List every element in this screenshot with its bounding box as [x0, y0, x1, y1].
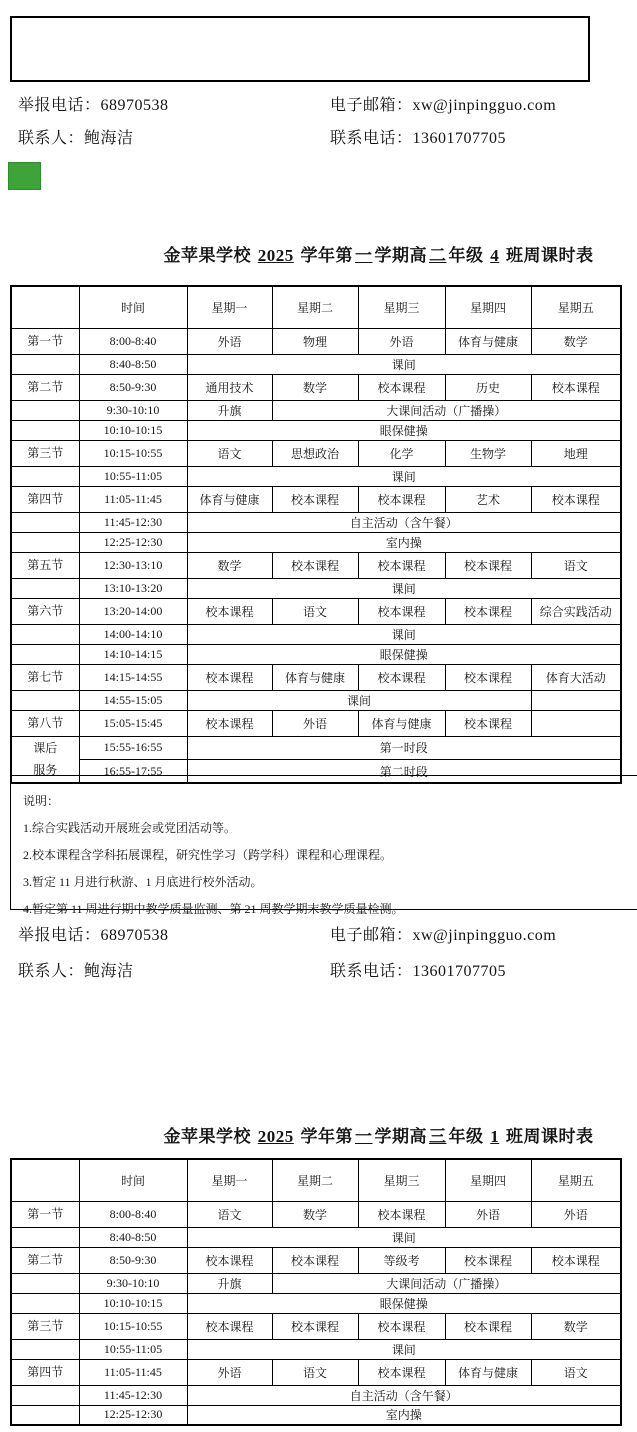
period-cell: 第二节 — [11, 1247, 79, 1273]
report-phone-text: 举报电话：68970538 — [18, 92, 169, 115]
subject-cell: 生物学 — [445, 440, 531, 466]
contact-person-text: 联系人：鲍海洁 — [18, 125, 134, 148]
period-cell: 第五节 — [11, 552, 79, 578]
subject-cell: 地理 — [531, 440, 621, 466]
subject-cell — [531, 690, 621, 710]
subject-cell: 校本课程 — [445, 598, 531, 624]
subject-cell: 校本课程 — [187, 664, 272, 690]
subject-cell: 校本课程 — [187, 1247, 272, 1273]
subject-cell: 校本课程 — [445, 1313, 531, 1339]
subject-cell: 眼保健操 — [187, 1293, 621, 1313]
subject-cell: 语文 — [187, 1201, 272, 1227]
subject-cell: 校本课程 — [187, 598, 272, 624]
subject-cell: 大课间活动（广播操） — [272, 1273, 621, 1293]
subject-cell: 校本课程 — [358, 486, 445, 512]
subject-cell: 体育与健康 — [445, 1359, 531, 1385]
title-year-underlined: 2025 — [256, 1127, 296, 1146]
schedule2-title: 金苹果学校 2025 学年第一学期高三年级 1 班周课时表 — [0, 1122, 637, 1147]
subject-cell: 外语 — [358, 328, 445, 354]
email-text: 电子邮箱：xw@jinpingguo.com — [330, 922, 556, 945]
title-text: 班周课时表 — [501, 246, 593, 265]
subject-cell: 语文 — [531, 552, 621, 578]
time-cell: 14:00-14:10 — [79, 624, 187, 644]
notes-box: 说明： 1.综合实践活动开展班会或党团活动等。 2.校本课程含学科拓展课程，研究… — [10, 775, 637, 910]
period-cell: 第一节 — [11, 328, 79, 354]
column-header: 星期三 — [358, 1159, 445, 1201]
schedule1-table: 时间星期一星期二星期三星期四星期五第一节8:00-8:40外语物理外语体育与健康… — [10, 285, 622, 784]
contact-phone-text: 联系电话：13601707705 — [330, 125, 506, 148]
column-header: 星期五 — [531, 1159, 621, 1201]
title-text: 班周课时表 — [501, 1127, 593, 1146]
column-header: 星期四 — [445, 1159, 531, 1201]
subject-cell: 体育与健康 — [358, 710, 445, 736]
column-header: 星期一 — [187, 1159, 272, 1201]
subject-cell: 语文 — [531, 1359, 621, 1385]
subject-cell: 自主活动（含午餐） — [187, 1385, 621, 1405]
schedule2-table: 时间星期一星期二星期三星期四星期五第一节8:00-8:40语文数学校本课程外语外… — [10, 1158, 622, 1426]
subject-cell: 通用技术 — [187, 374, 272, 400]
subject-cell: 校本课程 — [272, 486, 358, 512]
title-text: 学年第 — [296, 246, 353, 265]
subject-cell: 校本课程 — [187, 1313, 272, 1339]
subject-cell: 数学 — [272, 374, 358, 400]
period-cell — [11, 532, 79, 552]
period-cell — [11, 1385, 79, 1405]
subject-cell: 校本课程 — [358, 598, 445, 624]
period-cell: 第六节 — [11, 598, 79, 624]
subject-cell: 校本课程 — [358, 1201, 445, 1227]
time-cell: 8:50-9:30 — [79, 374, 187, 400]
subject-cell: 自主活动（含午餐） — [187, 512, 621, 532]
time-cell: 11:05-11:45 — [79, 486, 187, 512]
period-cell — [11, 690, 79, 710]
time-cell: 12:25-12:30 — [79, 1405, 187, 1425]
time-cell: 10:55-11:05 — [79, 466, 187, 486]
subject-cell: 眼保健操 — [187, 420, 621, 440]
title-year-underlined: 2025 — [256, 246, 296, 265]
period-cell — [11, 1293, 79, 1313]
period-cell: 第三节 — [11, 440, 79, 466]
subject-cell: 校本课程 — [531, 1247, 621, 1273]
subject-cell: 校本课程 — [445, 552, 531, 578]
email-text: 电子邮箱：xw@jinpingguo.com — [330, 92, 556, 115]
subject-cell: 校本课程 — [358, 374, 445, 400]
subject-cell: 眼保健操 — [187, 644, 621, 664]
time-cell: 12:25-12:30 — [79, 532, 187, 552]
subject-cell: 室内操 — [187, 532, 621, 552]
subject-cell: 语文 — [187, 440, 272, 466]
schedule1-title: 金苹果学校 2025 学年第一学期高二年级 4 班周课时表 — [0, 241, 637, 266]
subject-cell: 校本课程 — [272, 552, 358, 578]
time-cell: 8:00-8:40 — [79, 328, 187, 354]
column-header: 星期三 — [358, 286, 445, 328]
subject-cell: 校本课程 — [445, 1247, 531, 1273]
subject-cell: 数学 — [531, 1313, 621, 1339]
time-cell: 10:15-10:55 — [79, 1313, 187, 1339]
time-cell: 14:55-15:05 — [79, 690, 187, 710]
subject-cell: 课间 — [187, 578, 621, 598]
period-cell — [11, 1339, 79, 1359]
subject-cell: 课间 — [187, 1227, 621, 1247]
column-header: 星期四 — [445, 286, 531, 328]
title-grade-underlined: 二 — [427, 246, 449, 265]
period-cell — [11, 1227, 79, 1247]
subject-cell: 校本课程 — [187, 710, 272, 736]
time-cell: 8:40-8:50 — [79, 1227, 187, 1247]
time-cell: 8:00-8:40 — [79, 1201, 187, 1227]
note-item: 1.综合实践活动开展班会或党团活动等。 — [23, 815, 629, 842]
title-text: 学期高 — [375, 246, 428, 265]
period-cell: 第二节 — [11, 374, 79, 400]
title-text: 金苹果学校 — [164, 246, 256, 265]
subject-cell: 外语 — [187, 1359, 272, 1385]
subject-cell: 体育与健康 — [187, 486, 272, 512]
subject-cell: 外语 — [531, 1201, 621, 1227]
title-text: 学期高 — [375, 1127, 428, 1146]
subject-cell: 升旗 — [187, 1273, 272, 1293]
subject-cell: 外语 — [187, 328, 272, 354]
subject-cell: 数学 — [187, 552, 272, 578]
time-cell: 12:30-13:10 — [79, 552, 187, 578]
subject-cell: 数学 — [272, 1201, 358, 1227]
period-cell — [11, 354, 79, 374]
title-term-underlined: 一 — [353, 246, 375, 265]
time-cell: 10:15-10:55 — [79, 440, 187, 466]
subject-cell: 第一时段 — [187, 736, 621, 760]
time-cell: 15:55-16:55 — [79, 736, 187, 760]
title-term-underlined: 一 — [353, 1127, 375, 1146]
time-cell: 13:10-13:20 — [79, 578, 187, 598]
column-header: 星期一 — [187, 286, 272, 328]
note-item: 2.校本课程含学科拓展课程，研究性学习（跨学科）课程和心理课程。 — [23, 842, 629, 869]
subject-cell: 数学 — [531, 328, 621, 354]
subject-cell: 室内操 — [187, 1405, 621, 1425]
contact-block-top-row1: 举报电话：68970538 电子邮箱：xw@jinpingguo.com — [0, 92, 637, 114]
time-cell: 11:05-11:45 — [79, 1359, 187, 1385]
time-cell: 8:40-8:50 — [79, 354, 187, 374]
time-cell: 15:05-15:45 — [79, 710, 187, 736]
period-cell — [11, 420, 79, 440]
contact-phone-text: 联系电话：13601707705 — [330, 958, 506, 981]
title-text: 年级 — [449, 1127, 489, 1146]
time-cell: 14:15-14:55 — [79, 664, 187, 690]
column-header: 时间 — [79, 1159, 187, 1201]
note-item: 4.暂定第 11 周进行期中教学质量监测、第 21 周教学期末教学质量检测。 — [23, 896, 629, 923]
note-item: 3.暂定 11 月进行秋游、1 月底进行校外活动。 — [23, 869, 629, 896]
subject-cell: 校本课程 — [358, 664, 445, 690]
period-cell — [11, 624, 79, 644]
period-cell — [11, 512, 79, 532]
subject-cell: 等级考 — [358, 1247, 445, 1273]
contact-block-mid-row2: 联系人：鲍海洁 联系电话：13601707705 — [0, 958, 637, 980]
time-cell: 11:45-12:30 — [79, 1385, 187, 1405]
period-cell: 第一节 — [11, 1201, 79, 1227]
subject-cell: 化学 — [358, 440, 445, 466]
subject-cell: 校本课程 — [358, 1359, 445, 1385]
time-cell: 10:55-11:05 — [79, 1339, 187, 1359]
top-empty-box — [10, 16, 590, 82]
subject-cell: 艺术 — [445, 486, 531, 512]
subject-cell: 升旗 — [187, 400, 272, 420]
period-cell — [11, 400, 79, 420]
time-cell: 9:30-10:10 — [79, 400, 187, 420]
period-cell — [11, 466, 79, 486]
time-cell: 11:45-12:30 — [79, 512, 187, 532]
subject-cell: 校本课程 — [272, 1247, 358, 1273]
subject-cell: 校本课程 — [531, 486, 621, 512]
subject-cell: 语文 — [272, 598, 358, 624]
title-class-underlined: 1 — [488, 1127, 501, 1146]
contact-block-mid-row1: 举报电话：68970538 电子邮箱：xw@jinpingguo.com — [0, 922, 637, 944]
time-cell: 9:30-10:10 — [79, 1273, 187, 1293]
subject-cell: 外语 — [445, 1201, 531, 1227]
time-cell: 10:10-10:15 — [79, 1293, 187, 1313]
subject-cell: 校本课程 — [272, 1313, 358, 1339]
time-cell: 14:10-14:15 — [79, 644, 187, 664]
subject-cell: 历史 — [445, 374, 531, 400]
subject-cell: 体育大活动 — [531, 664, 621, 690]
schedule2-table-area: 时间星期一星期二星期三星期四星期五第一节8:00-8:40语文数学校本课程外语外… — [10, 1158, 622, 1426]
period-cell: 第七节 — [11, 664, 79, 690]
subject-cell — [531, 710, 621, 736]
subject-cell: 综合实践活动 — [531, 598, 621, 624]
contact-person-text: 联系人：鲍海洁 — [18, 958, 134, 981]
column-header: 星期五 — [531, 286, 621, 328]
subject-cell: 校本课程 — [358, 1313, 445, 1339]
subject-cell: 思想政治 — [272, 440, 358, 466]
title-text: 学年第 — [296, 1127, 353, 1146]
subject-cell: 大课间活动（广播操） — [272, 400, 621, 420]
title-text: 年级 — [449, 246, 489, 265]
column-header: 星期二 — [272, 286, 358, 328]
subject-cell: 课间 — [187, 624, 621, 644]
corner-cell — [11, 1159, 79, 1201]
green-box — [8, 162, 41, 190]
contact-block-top-row2: 联系人：鲍海洁 联系电话：13601707705 — [0, 125, 637, 147]
time-cell: 10:10-10:15 — [79, 420, 187, 440]
period-cell — [11, 1273, 79, 1293]
title-class-underlined: 4 — [488, 246, 501, 265]
title-text: 金苹果学校 — [164, 1127, 256, 1146]
period-cell: 第三节 — [11, 1313, 79, 1339]
time-cell: 13:20-14:00 — [79, 598, 187, 624]
schedule1-table-area: 时间星期一星期二星期三星期四星期五第一节8:00-8:40外语物理外语体育与健康… — [10, 285, 622, 784]
subject-cell: 校本课程 — [445, 710, 531, 736]
subject-cell: 语文 — [272, 1359, 358, 1385]
subject-cell: 校本课程 — [531, 374, 621, 400]
period-cell: 第四节 — [11, 1359, 79, 1385]
subject-cell: 外语 — [272, 710, 358, 736]
period-cell — [11, 644, 79, 664]
period-cell: 第八节 — [11, 710, 79, 736]
report-phone-text: 举报电话：68970538 — [18, 922, 169, 945]
notes-heading: 说明： — [23, 788, 629, 815]
subject-cell: 课间 — [187, 690, 531, 710]
subject-cell: 校本课程 — [358, 552, 445, 578]
subject-cell: 校本课程 — [445, 664, 531, 690]
time-cell: 8:50-9:30 — [79, 1247, 187, 1273]
subject-cell: 物理 — [272, 328, 358, 354]
period-cell: 第四节 — [11, 486, 79, 512]
subject-cell: 体育与健康 — [272, 664, 358, 690]
column-header: 时间 — [79, 286, 187, 328]
period-cell — [11, 1405, 79, 1425]
corner-cell — [11, 286, 79, 328]
title-grade-underlined: 三 — [427, 1127, 449, 1146]
subject-cell: 课间 — [187, 466, 621, 486]
column-header: 星期二 — [272, 1159, 358, 1201]
subject-cell: 课间 — [187, 1339, 621, 1359]
period-cell — [11, 578, 79, 598]
subject-cell: 课间 — [187, 354, 621, 374]
subject-cell: 体育与健康 — [445, 328, 531, 354]
